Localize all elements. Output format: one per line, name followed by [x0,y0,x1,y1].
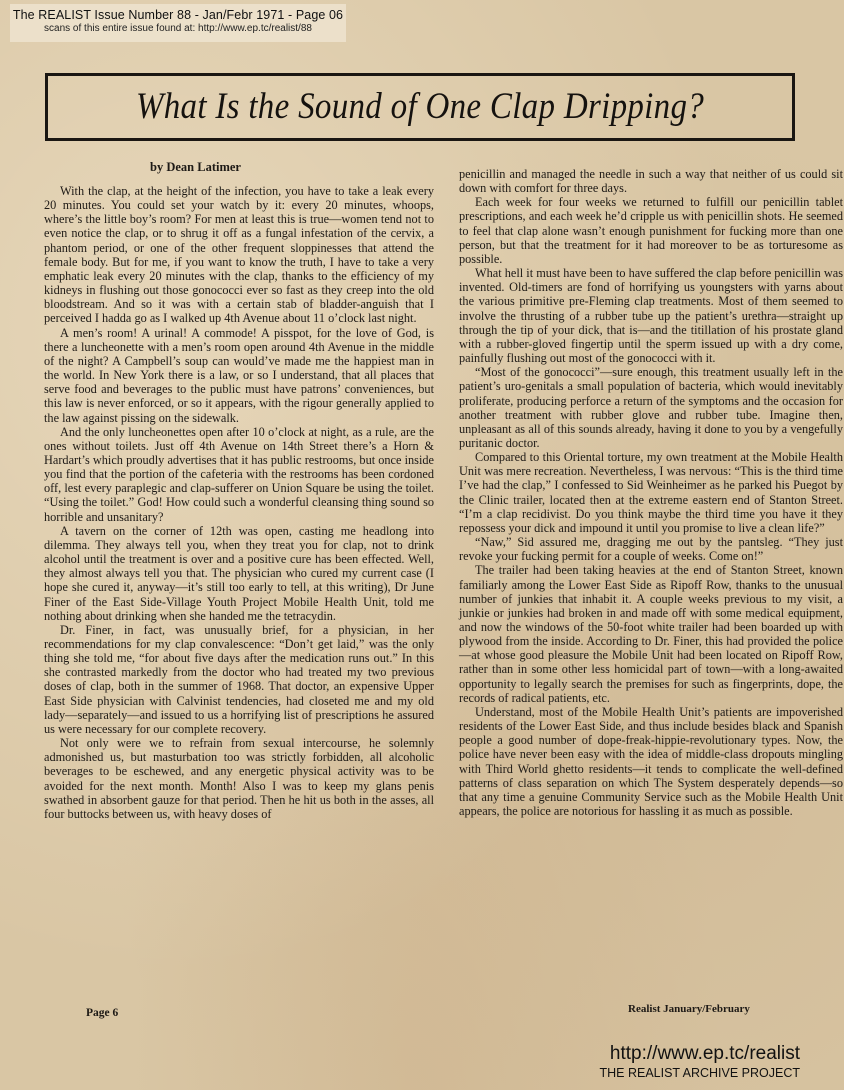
article-paragraph: “Naw,” Sid assured me, dragging me out b… [459,535,843,563]
magazine-issue-footer: Realist January/February [628,1003,750,1015]
article-paragraph: And the only luncheonettes open after 10… [44,425,434,524]
article-column-left: With the clap, at the height of the infe… [44,184,434,821]
scan-source-link[interactable]: scans of this entire issue found at: htt… [10,23,346,34]
article-paragraph: A men’s room! A urinal! A commode! A pis… [44,326,434,425]
article-paragraph: Understand, most of the Mobile Health Un… [459,705,843,818]
scan-issue-title: The REALIST Issue Number 88 - Jan/Febr 1… [10,8,346,22]
article-paragraph: Dr. Finer, in fact, was unusually brief,… [44,623,434,736]
article-column-right: penicillin and managed the needle in suc… [459,167,843,818]
article-paragraph: With the clap, at the height of the infe… [44,184,434,326]
scan-info-label: The REALIST Issue Number 88 - Jan/Febr 1… [10,4,346,42]
article-paragraph: “Most of the gonococci”—sure enough, thi… [459,365,843,450]
archive-project-name: THE REALIST ARCHIVE PROJECT [599,1066,800,1080]
article-title-box: What Is the Sound of One Clap Dripping? [45,73,795,141]
article-paragraph: What hell it must have been to have suff… [459,266,843,365]
article-paragraph: Not only were we to refrain from sexual … [44,736,434,821]
article-paragraph: A tavern on the corner of 12th was open,… [44,524,434,623]
article-paragraph: The trailer had been taking heavies at t… [459,563,843,705]
article-paragraph: penicillin and managed the needle in suc… [459,167,843,195]
article-byline: by Dean Latimer [150,160,241,175]
article-title: What Is the Sound of One Clap Dripping? [136,86,704,127]
archive-url-link[interactable]: http://www.ep.tc/realist [610,1043,800,1065]
article-paragraph: Compared to this Oriental torture, my ow… [459,450,843,535]
article-paragraph: Each week for four weeks we returned to … [459,195,843,266]
page-number: Page 6 [86,1007,118,1019]
